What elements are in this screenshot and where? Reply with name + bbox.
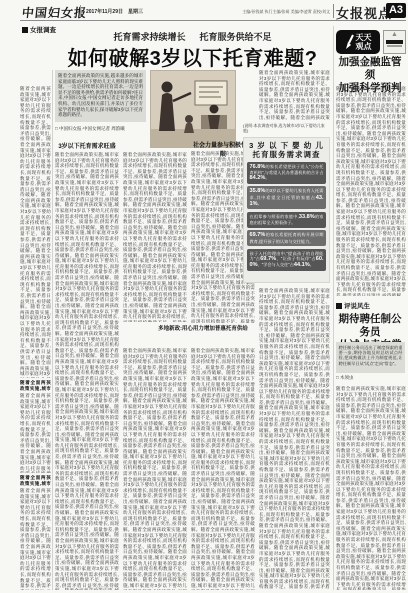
body-text-column: 随着全面两孩政策实施,城市家庭对3岁以下婴幼儿托育服务的需求持续增长,而现有机构…: [20, 86, 51, 378]
opinion-body-text: 随着全面两孩政策实施,城市家庭对3岁以下婴幼儿托育服务的需求持续增长,而现有机构…: [336, 86, 406, 296]
page-number-badge: A3: [386, 3, 406, 18]
stat-text: 、“学会与人交往”占: [258, 262, 294, 267]
column-rule-left: [52, 70, 53, 590]
staff-credits: 主编/孙钱斌 执行主编/张萌 美编/李凌霄 责校/刘文: [242, 9, 330, 15]
sponsor-mark: ▲: [383, 30, 406, 54]
left-jump-column: 随着全面两孩政策实施,城市家庭对3岁以下婴幼儿托育服务的需求持续增长,而现有机构…: [20, 86, 51, 590]
body-text-column: 随着全面两孩政策实施,城市家庭对3岁以下婴幼儿托育服务的需求持续增长,而现有机构…: [20, 488, 51, 590]
comment-label-text: 评说风生: [344, 301, 370, 310]
stat-text: 。: [258, 201, 262, 206]
body-text-bold-lead: 随着全面两孩政策实施,城市家庭对3岁以下婴幼儿托育服务的需求持续增长,而现有机构…: [20, 475, 51, 486]
comment-label-icon: [336, 303, 342, 309]
article-intro-box: 随着全面两孩政策的实施,越来越多的城市家庭面临3岁以下婴幼儿无人照料的现实难题。…: [55, 70, 146, 122]
body-text-column: 随着全面两孩政策实施,城市家庭对3岁以下婴幼儿托育服务的需求持续增长,而现有机构…: [20, 393, 51, 473]
stat-value: 76.8%: [250, 164, 266, 170]
stat-text: 、“让孩子有玩伴”占: [276, 256, 316, 261]
stat-text: 。: [310, 262, 314, 267]
kicker-left: 托育需求持续增长: [113, 32, 185, 42]
survey-label-text: 女报调查: [30, 25, 56, 34]
commentary-headline-line1: 期待聘任制公务员: [334, 313, 406, 339]
body-text-column-4-top: 随着全面两孩政策实施,城市家庭对3岁以下婴幼儿托育服务的需求持续增长,而现有机构…: [259, 70, 330, 120]
stat-value: 35.8%: [250, 188, 266, 194]
stats-note: (说明:本次调查对象,选为城市3岁以下婴幼儿家庭): [243, 123, 330, 133]
stat-text: 在祖辈参与照看的家庭中,: [250, 214, 299, 219]
publication-date: 2017年11月29日星期三: [86, 8, 148, 15]
kicker-right: 托育服务供给不足: [200, 32, 272, 42]
article-subhead-3: 多地新政:用心用力增加普惠托育供给: [141, 326, 265, 333]
commentary-body-text: 随着全面两孩政策实施,城市家庭对3岁以下婴幼儿托育服务的需求持续增长,而现有机构…: [336, 386, 406, 590]
stat-panel: 孩子入托的理由中,“提高孩子的自理能力”占69.7%、“让孩子有玩伴”占60.0…: [247, 249, 326, 271]
header-divider-2: [333, 4, 334, 18]
stat-value: 69.7%: [250, 232, 266, 238]
stat-panel: 69.7%的家长希望托育机构开展早期教育,提升孩子的认知与交往能力。: [247, 230, 326, 246]
stat-panel: 76.8%的家长希望把孩子送入“公办托育机构”,与希望入民办普惠机构的合计占84…: [247, 162, 326, 184]
column-label-comment: 评说风生: [336, 301, 370, 310]
header-divider: [80, 5, 81, 17]
date-text: 2017年11月29日: [86, 9, 123, 15]
badge-text: 天天 观点: [356, 33, 372, 51]
stat-value: 33.8%: [299, 214, 315, 220]
stat-text: 。: [265, 175, 269, 180]
stat-panel: 35.8%的3岁以下婴幼儿家长有入托需求,其中希望全日托管的家庭占43.1%。: [247, 186, 326, 209]
commentary-byline: □ 木须虫: [336, 375, 406, 381]
stats-panels: 76.8%的家长希望把孩子送入“公办托育机构”,与希望入民办普惠机构的合计占84…: [247, 162, 326, 271]
sponsor-stripe: [387, 45, 402, 47]
stats-title-line1: 3 岁 以 下 婴 幼 儿: [247, 141, 326, 150]
badge-line2: 观点: [356, 42, 372, 51]
article-illustration: [150, 70, 236, 148]
article-subhead-1: 3岁以下托育需求旺盛: [55, 141, 119, 150]
stat-value: 84.2%: [250, 175, 266, 181]
body-text-column-2: 随着全面两孩政策实施,城市家庭对3岁以下婴幼儿托育服务的需求持续增长,而现有机构…: [123, 152, 187, 322]
column-label-survey: 女报调查: [22, 25, 56, 34]
weekday-text: 星期三: [128, 9, 143, 15]
commentary-intro-box: 聘任制公务员迈出了制度探索的重要一步,期待各地及时总结试点经验,把成熟做法上升为…: [336, 342, 405, 373]
stats-title-line2: 托育服务需求调查: [247, 150, 326, 159]
cartoon-illustration: [151, 71, 235, 147]
article-byline: □ 中国妇女报·中国女网记者 周韵曦: [55, 126, 145, 132]
stats-box: 3 岁 以 下 婴 幼 儿 托育服务需求调查 76.8%的家长希望把孩子送入“公…: [243, 137, 330, 283]
opinion-headline-line1: 加强金融监管须: [334, 56, 406, 82]
main-headline: 如何破解3岁以下托育难题?: [45, 42, 340, 71]
sponsor-triangle-icon: ▲: [384, 31, 405, 39]
column-rule-right: [333, 26, 334, 590]
body-text-column-2-lower: 随着全面两孩政策实施,城市家庭对3岁以下婴幼儿托育服务的需求持续增长,而现有机构…: [123, 348, 187, 590]
body-text-column-4-lower: 随着全面两孩政策实施,城市家庭对3岁以下婴幼儿托育服务的需求持续增长,而现有机构…: [259, 288, 330, 590]
survey-label-icon: [22, 27, 28, 33]
header-rule: [20, 20, 406, 21]
body-text-column-3-lower: 随着全面两孩政策实施,城市家庭对3岁以下婴幼儿托育服务的需求持续增长,而现有机构…: [191, 348, 255, 590]
body-text-bold-lead: 随着全面两孩政策实施,城市家庭对3岁以下婴幼儿托育服务的需求持续增长,而现有机构…: [20, 380, 51, 391]
pen-icon: [345, 34, 354, 50]
newspaper-page: 中国妇女报 2017年11月29日星期三 主编/孙钱斌 执行主编/张萌 美编/李…: [0, 0, 408, 593]
opinion-column-badge: 天天 观点: [336, 30, 380, 54]
stat-panel: 在祖辈参与照看的家庭中,33.8%的家庭由祖辈全天照看孩子。: [247, 212, 326, 228]
body-text-column-1: 随着全面两孩政策实施,城市家庭对3岁以下婴幼儿托育服务的需求持续增长,而现有机构…: [55, 152, 119, 590]
sponsor-bar: [386, 40, 403, 44]
newspaper-masthead: 中国妇女报: [21, 4, 88, 21]
stat-value: 44.1%: [294, 262, 310, 268]
badge-line1: 天天: [356, 33, 372, 42]
